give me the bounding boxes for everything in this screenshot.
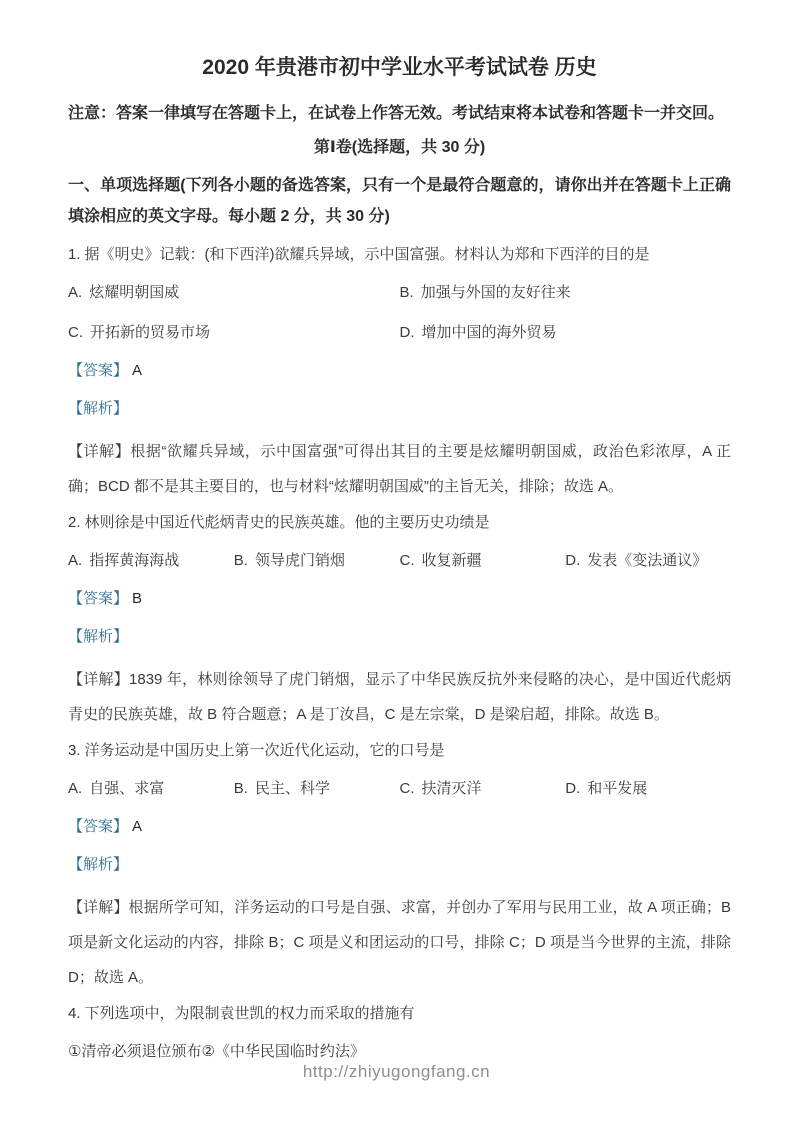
option-text: 发表《变法通议》 (587, 552, 707, 569)
exam-paper-page: 2020 年贵港市初中学业水平考试试卷 历史 注意：答案一律填写在答题卡上，在试… (0, 0, 793, 1122)
question-number: 2. (68, 514, 81, 531)
option-text: 收复新疆 (422, 552, 482, 569)
question-text: 洋务运动是中国历史上第一次近代化运动，它的口号是 (85, 742, 445, 759)
option-letter: B. (400, 284, 414, 301)
option-letter: C. (400, 552, 415, 569)
analysis-line: 【解析】 (68, 624, 731, 649)
option-d: D.发表《变法通议》 (565, 548, 731, 573)
answer-label: 【答案】 (68, 362, 128, 379)
option-text: 开拓新的贸易市场 (90, 324, 210, 341)
option-text: 领导虎门销烟 (255, 552, 345, 569)
page-title: 2020 年贵港市初中学业水平考试试卷 历史 (68, 54, 731, 82)
option-text: 炫耀明朝国威 (89, 284, 179, 301)
answer-value: B (132, 590, 142, 607)
detail-paragraph: 【详解】根据“欲耀兵异域，示中国富强”可得出其目的主要是炫耀明朝国威，政治色彩浓… (68, 434, 731, 504)
option-c: C.收复新疆 (400, 548, 566, 573)
answer-label: 【答案】 (68, 818, 128, 835)
option-text: 增加中国的海外贸易 (422, 324, 557, 341)
answer-value: A (132, 362, 142, 379)
option-text: 指挥黄海海战 (89, 552, 179, 569)
question-text: 据《明史》记载：(和下西洋)欲耀兵异域，示中国富强。材料认为郑和下西洋的目的是 (85, 246, 650, 263)
question-block-2: 2.林则徐是中国近代彪炳青史的民族英雄。他的主要历史功绩是 A.指挥黄海海战 B… (68, 510, 731, 732)
question-sub-line: ①清帝必须退位颁布②《中华民国临时约法》 (68, 1039, 731, 1064)
option-a: A.指挥黄海海战 (68, 548, 234, 573)
question-stem: 4.下列选项中，为限制袁世凯的权力而采取的措施有 (68, 1001, 731, 1026)
option-letter: B. (234, 552, 248, 569)
option-letter: D. (400, 324, 415, 341)
option-b: B.加强与外国的友好往来 (400, 280, 732, 305)
detail-paragraph: 【详解】根据所学可知，洋务运动的口号是自强、求富，并创办了军用与民用工业，故 A… (68, 890, 731, 995)
analysis-line: 【解析】 (68, 396, 731, 421)
option-letter: C. (68, 324, 83, 341)
option-letter: C. (400, 780, 415, 797)
question-stem: 3.洋务运动是中国历史上第一次近代化运动，它的口号是 (68, 738, 731, 763)
question-number: 4. (68, 1005, 81, 1022)
option-b: B.领导虎门销烟 (234, 548, 400, 573)
option-letter: A. (68, 284, 82, 301)
answer-label: 【答案】 (68, 590, 128, 607)
option-letter: D. (565, 780, 580, 797)
detail-text: 1839 年，林则徐领导了虎门销烟，显示了中华民族反抗外来侵略的决心，是中国近代… (68, 671, 731, 723)
option-a: A.自强、求富 (68, 776, 234, 801)
detail-label: 【详解】 (68, 671, 129, 688)
options-grid: A.炫耀明朝国威 B.加强与外国的友好往来 C.开拓新的贸易市场 D.增加中国的… (68, 280, 731, 345)
analysis-line: 【解析】 (68, 852, 731, 877)
question-number: 3. (68, 742, 81, 759)
option-text: 民主、科学 (255, 780, 330, 797)
option-b: B.民主、科学 (234, 776, 400, 801)
footer-url: http://zhiyugongfang.cn (0, 1062, 793, 1082)
detail-label: 【详解】 (68, 443, 130, 460)
analysis-label: 【解析】 (68, 856, 128, 873)
option-a: A.炫耀明朝国威 (68, 280, 400, 305)
exam-notice: 注意：答案一律填写在答题卡上，在试卷上作答无效。考试结束将本试卷和答题卡一并交回… (68, 102, 731, 126)
analysis-label: 【解析】 (68, 400, 128, 417)
option-letter: A. (68, 780, 82, 797)
question-block-1: 1.据《明史》记载：(和下西洋)欲耀兵异域，示中国富强。材料认为郑和下西洋的目的… (68, 242, 731, 504)
option-letter: B. (234, 780, 248, 797)
volume-header: 第Ⅰ卷(选择题，共 30 分) (68, 136, 731, 160)
answer-value: A (132, 818, 142, 835)
options-grid: A.自强、求富 B.民主、科学 C.扶清灭洋 D.和平发展 (68, 776, 731, 801)
question-block-4: 4.下列选项中，为限制袁世凯的权力而采取的措施有 ①清帝必须退位颁布②《中华民国… (68, 1001, 731, 1064)
option-text: 加强与外国的友好往来 (421, 284, 571, 301)
option-letter: A. (68, 552, 82, 569)
question-stem: 2.林则徐是中国近代彪炳青史的民族英雄。他的主要历史功绩是 (68, 510, 731, 535)
answer-line: 【答案】B (68, 586, 731, 611)
option-text: 扶清灭洋 (422, 780, 482, 797)
detail-text: 根据“欲耀兵异域，示中国富强”可得出其目的主要是炫耀明朝国威，政治色彩浓厚，A … (68, 443, 731, 495)
option-text: 和平发展 (587, 780, 647, 797)
answer-line: 【答案】A (68, 814, 731, 839)
option-c: C.开拓新的贸易市场 (68, 320, 400, 345)
option-d: D.和平发展 (565, 776, 731, 801)
option-letter: D. (565, 552, 580, 569)
detail-text: 根据所学可知，洋务运动的口号是自强、求富，并创办了军用与民用工业，故 A 项正确… (68, 899, 731, 986)
section-intro: 一、单项选择题(下列各小题的备选答案，只有一个是最符合题意的，请你出并在答题卡上… (68, 170, 731, 232)
detail-label: 【详解】 (68, 899, 129, 916)
question-text: 林则徐是中国近代彪炳青史的民族英雄。他的主要历史功绩是 (85, 514, 490, 531)
option-text: 自强、求富 (89, 780, 164, 797)
question-block-3: 3.洋务运动是中国历史上第一次近代化运动，它的口号是 A.自强、求富 B.民主、… (68, 738, 731, 995)
analysis-label: 【解析】 (68, 628, 128, 645)
options-grid: A.指挥黄海海战 B.领导虎门销烟 C.收复新疆 D.发表《变法通议》 (68, 548, 731, 573)
option-d: D.增加中国的海外贸易 (400, 320, 732, 345)
option-c: C.扶清灭洋 (400, 776, 566, 801)
question-number: 1. (68, 246, 81, 263)
question-stem: 1.据《明史》记载：(和下西洋)欲耀兵异域，示中国富强。材料认为郑和下西洋的目的… (68, 242, 731, 267)
question-text: 下列选项中，为限制袁世凯的权力而采取的措施有 (85, 1005, 415, 1022)
detail-paragraph: 【详解】1839 年，林则徐领导了虎门销烟，显示了中华民族反抗外来侵略的决心，是… (68, 662, 731, 732)
answer-line: 【答案】A (68, 358, 731, 383)
